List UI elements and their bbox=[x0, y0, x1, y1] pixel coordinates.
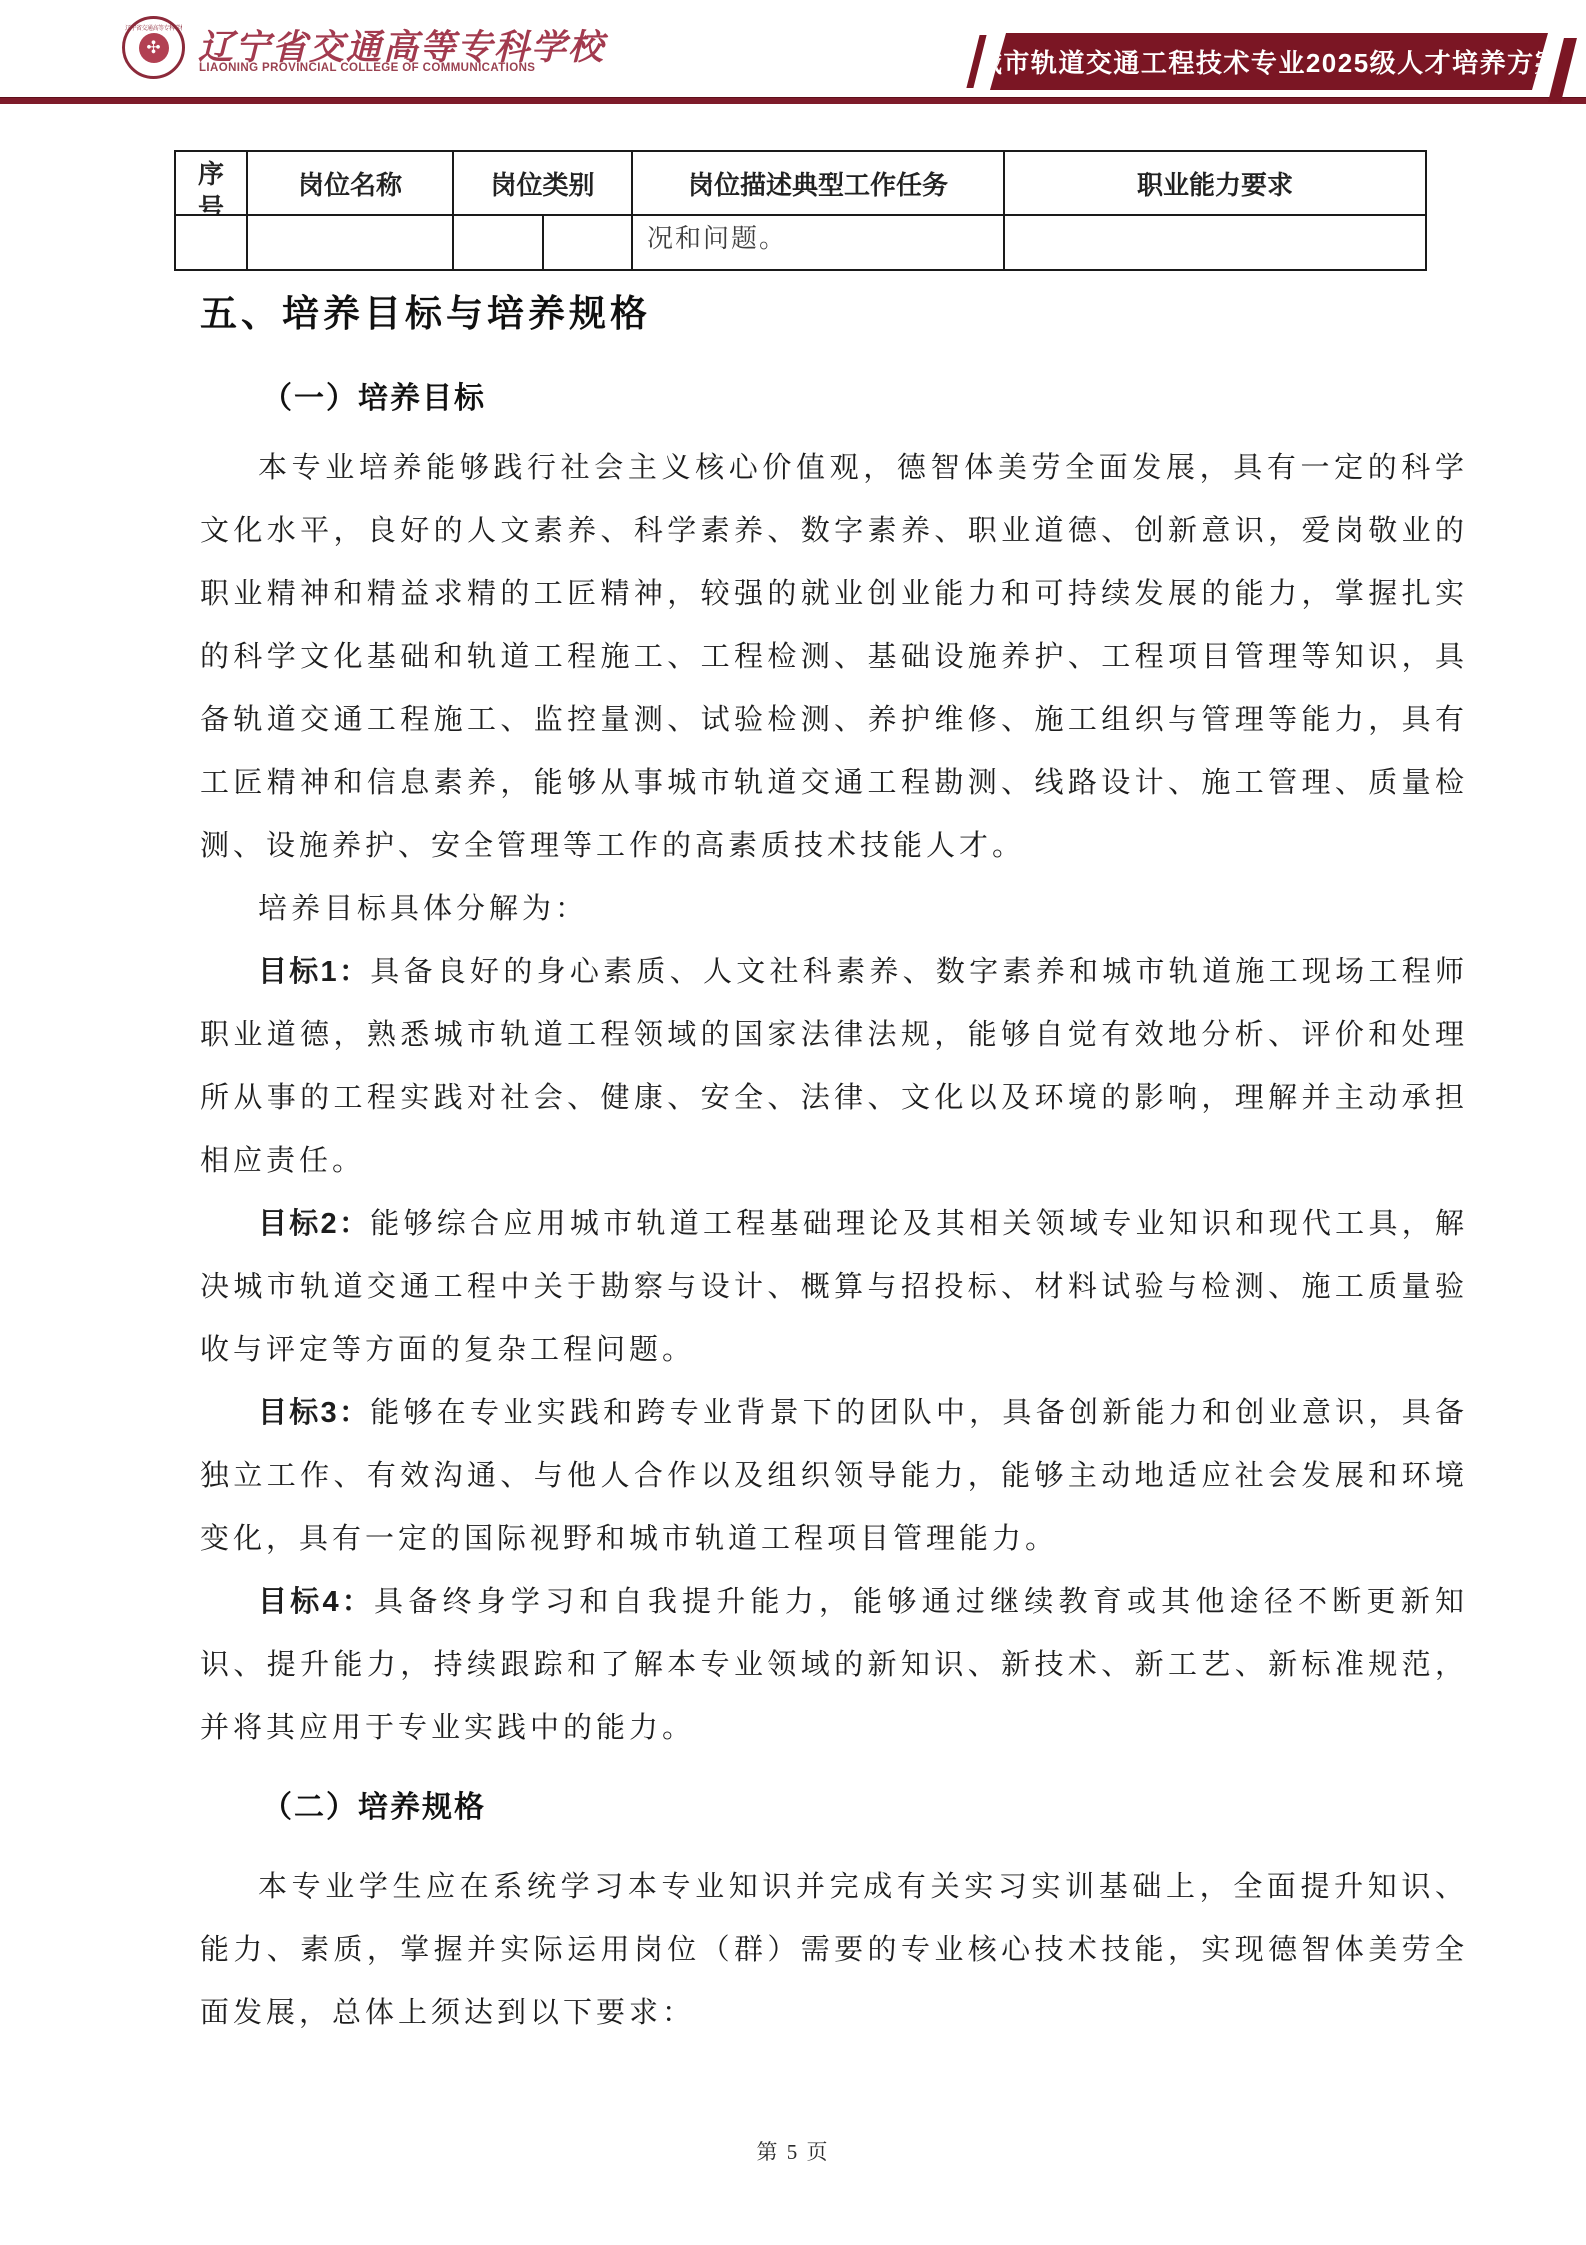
cell-ability-requirements bbox=[1004, 215, 1426, 270]
school-seal-icon: 辽宁省交通高等专科学校 ✣ bbox=[122, 16, 185, 79]
title-banner: 城市轨道交通工程技术专业2025级人才培养方案 bbox=[990, 33, 1548, 90]
goal-paragraph-2: 目标2：能够综合应用城市轨道工程基础理论及其相关领域专业知识和现代工具，解决城市… bbox=[200, 1193, 1468, 1382]
table-row: 况和问题。 bbox=[175, 215, 1426, 270]
banner-title: 城市轨道交通工程技术专业2025级人才培养方案 bbox=[976, 43, 1562, 80]
subsection-heading-training-specifications: （二）培养规格 bbox=[200, 1782, 1468, 1826]
col-header-serial: 序号 bbox=[175, 151, 247, 215]
header-divider bbox=[0, 97, 1586, 104]
col-header-typical-tasks: 岗位描述典型工作任务 bbox=[632, 151, 1004, 215]
goal-4-label: 目标4： bbox=[258, 1586, 374, 1618]
cell-position-type-b bbox=[543, 215, 632, 270]
section-heading: 五、培养目标与培养规格 bbox=[200, 283, 1468, 337]
cell-serial bbox=[175, 215, 247, 270]
table-header-row: 序号 岗位名称 岗位类别 岗位描述典型工作任务 职业能力要求 bbox=[175, 151, 1426, 215]
goal-3-label: 目标3： bbox=[258, 1397, 370, 1429]
training-specifications-paragraph: 本专业学生应在系统学习本专业知识并完成有关实习实训基础上，全面提升知识、能力、素… bbox=[200, 1856, 1468, 2045]
positions-table: 序号 岗位名称 岗位类别 岗位描述典型工作任务 职业能力要求 况和问题。 bbox=[174, 150, 1427, 271]
training-objective-paragraph: 本专业培养能够践行社会主义核心价值观，德智体美劳全面发展，具有一定的科学文化水平… bbox=[200, 437, 1468, 878]
goal-paragraph-1: 目标1：具备良好的身心素质、人文社科素养、数字素养和城市轨道施工现场工程师职业道… bbox=[200, 941, 1468, 1193]
cell-typical-tasks: 况和问题。 bbox=[632, 215, 1004, 270]
goal-paragraph-4: 目标4：具备终身学习和自我提升能力，能够通过继续教育或其他途径不断更新知识、提升… bbox=[200, 1571, 1468, 1760]
seal-arc-text: 辽宁省交通高等专科学校 bbox=[125, 23, 182, 32]
document-page: 辽宁省交通高等专科学校 ✣ 辽宁省交通高等专科学校 LIAONING PROVI… bbox=[0, 0, 1586, 2245]
goal-2-label: 目标2： bbox=[258, 1208, 370, 1240]
goal-paragraph-3: 目标3：能够在专业实践和跨专业背景下的团队中，具备创新能力和创业意识，具备独立工… bbox=[200, 1382, 1468, 1571]
page-number: 第 5 页 bbox=[757, 2140, 830, 2164]
col-header-ability-requirements: 职业能力要求 bbox=[1004, 151, 1426, 215]
goal-2-text: 能够综合应用城市轨道工程基础理论及其相关领域专业知识和现代工具，解决城市轨道交通… bbox=[200, 1208, 1468, 1366]
cell-position-name bbox=[247, 215, 453, 270]
cell-position-type-a bbox=[453, 215, 543, 270]
school-name-english: LIAONING PROVINCIAL COLLEGE OF COMMUNICA… bbox=[199, 62, 619, 74]
goal-1-text: 具备良好的身心素质、人文社科素养、数字素养和城市轨道施工现场工程师职业道德，熟悉… bbox=[200, 956, 1468, 1177]
goal-3-text: 能够在专业实践和跨专业背景下的团队中，具备创新能力和创业意识，具备独立工作、有效… bbox=[200, 1397, 1468, 1555]
col-header-position-name: 岗位名称 bbox=[247, 151, 453, 215]
document-body: 五、培养目标与培养规格 （一）培养目标 本专业培养能够践行社会主义核心价值观，德… bbox=[200, 283, 1468, 2045]
goal-1-label: 目标1： bbox=[258, 956, 370, 988]
goal-4-text: 具备终身学习和自我提升能力，能够通过继续教育或其他途径不断更新知识、提升能力，持… bbox=[200, 1586, 1468, 1744]
subsection-heading-training-objectives: （一）培养目标 bbox=[200, 373, 1468, 417]
banner-stripe-icon bbox=[1548, 38, 1577, 102]
objective-breakdown-lead: 培养目标具体分解为： bbox=[200, 878, 1468, 941]
seal-emblem-icon: ✣ bbox=[139, 33, 169, 63]
col-header-position-type: 岗位类别 bbox=[453, 151, 632, 215]
banner-stripe-icon bbox=[966, 35, 986, 88]
page-footer: 第 5 页 bbox=[0, 2136, 1586, 2166]
